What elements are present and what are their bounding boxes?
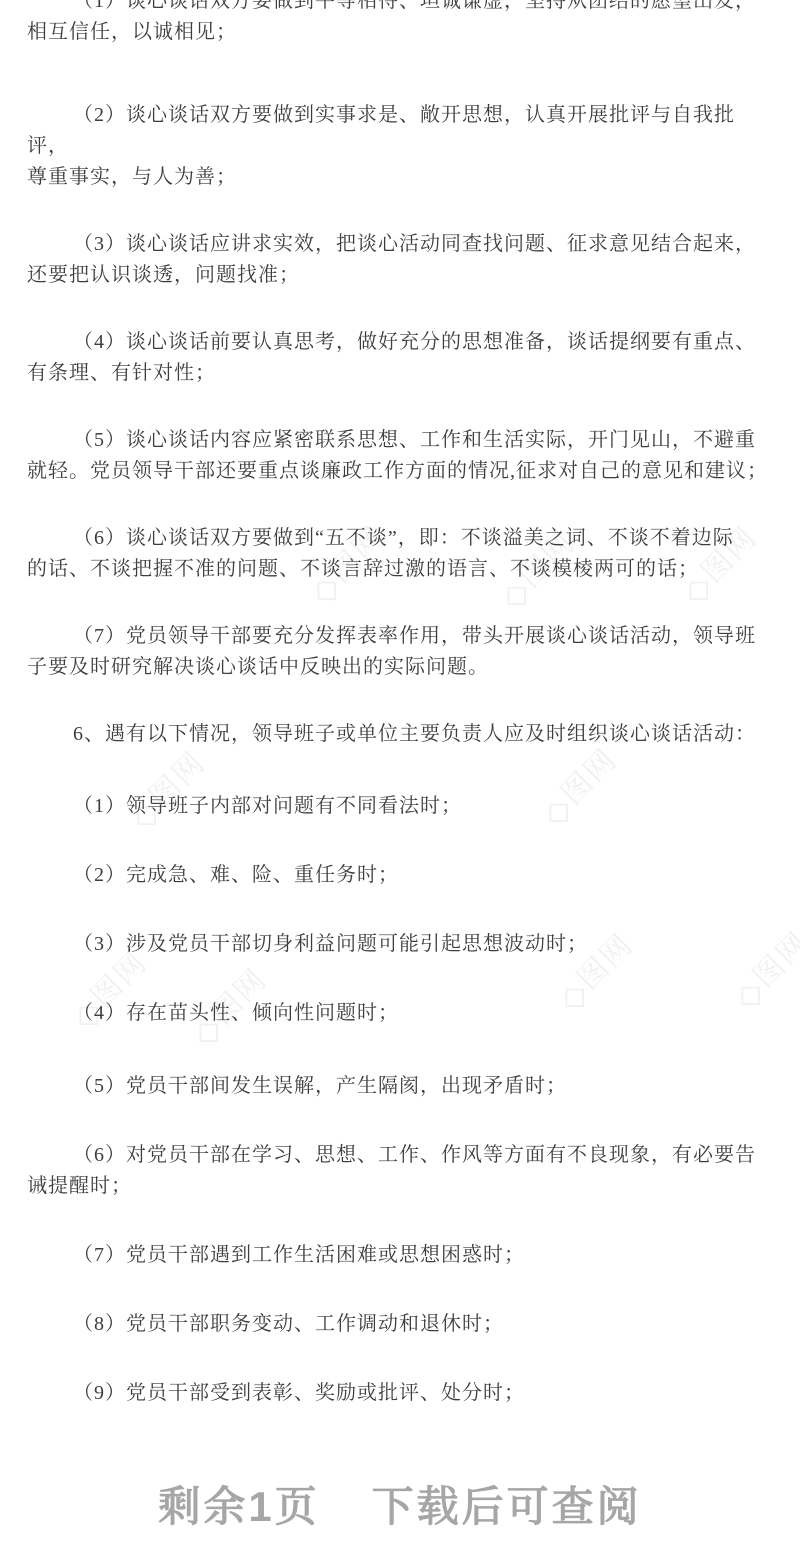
document-page: ◇图网 ◇图网 ◇图网 ◇图网 ◇图网 ◇图网 ◇图网 ◇图网 ◇图网 （1）谈… xyxy=(0,0,800,1560)
text-line: （2）谈心谈话双方要做到实事求是、敞开思想，认真开展批评与自我批评， xyxy=(27,100,773,162)
text-line: （8）党员干部职务变动、工作调动和退休时； xyxy=(27,1309,773,1340)
list-item: （4）存在苗头性、倾向性问题时； xyxy=(27,998,773,1029)
clause-paragraph: （7）党员领导干部要充分发挥表率作用，带头开展谈心谈话活动，领导班 子要及时研究… xyxy=(27,621,773,683)
text-line: （3）谈心谈话应讲求实效，把谈心活动同查找问题、征求意见结合起来， xyxy=(27,229,773,260)
text-line: 就轻。党员领导干部还要重点谈廉政工作方面的情况,征求对自己的意见和建议； xyxy=(27,456,773,487)
section-heading: 6、遇有以下情况，领导班子或单位主要负责人应及时组织谈心谈话活动： xyxy=(27,719,773,750)
clause-paragraph: （1）谈心谈话双方要做到平等相待、坦诚谦虚，坚持从团结的愿望出发， 相互信任，以… xyxy=(27,0,773,48)
download-to-view-label: 下载后可查阅 xyxy=(372,1483,642,1530)
text-line: 还要把认识谈透，问题找准； xyxy=(27,260,773,291)
text-line: 相互信任，以诚相见； xyxy=(27,17,773,48)
clause-paragraph: （3）谈心谈话应讲求实效，把谈心活动同查找问题、征求意见结合起来， 还要把认识谈… xyxy=(27,229,773,291)
text-line: （4）谈心谈话前要认真思考，做好充分的思想准备，谈话提纲要有重点、 xyxy=(27,327,773,358)
clause-paragraph: （2）谈心谈话双方要做到实事求是、敞开思想，认真开展批评与自我批评， 尊重事实，… xyxy=(27,100,773,193)
text-line: （9）党员干部受到表彰、奖励或批评、处分时； xyxy=(27,1378,773,1409)
text-line: （7）党员领导干部要充分发挥表率作用，带头开展谈心谈话活动，领导班 xyxy=(27,621,773,652)
text-line: （6）对党员干部在学习、思想、工作、作风等方面有不良现象，有必要告 xyxy=(27,1140,773,1171)
remaining-pages-label: 剩余1页 xyxy=(158,1483,319,1530)
list-item: （5）党员干部间发生误解，产生隔阂，出现矛盾时； xyxy=(27,1071,773,1102)
text-line: 诫提醒时； xyxy=(27,1171,773,1202)
text-line: 有条理、有针对性； xyxy=(27,358,773,389)
text-line: （1）领导班子内部对问题有不同看法时； xyxy=(27,791,773,822)
document-body: （1）谈心谈话双方要做到平等相待、坦诚谦虚，坚持从团结的愿望出发， 相互信任，以… xyxy=(0,0,800,1533)
text-line: 尊重事实，与人为善； xyxy=(27,162,773,193)
text-line: （7）党员干部遇到工作生活困难或思想困惑时； xyxy=(27,1240,773,1271)
text-line: （2）完成急、难、险、重任务时； xyxy=(27,860,773,891)
text-line: （3）涉及党员干部切身利益问题可能引起思想波动时； xyxy=(27,929,773,960)
text-line: （5）谈心谈话内容应紧密联系思想、工作和生活实际，开门见山，不避重 xyxy=(27,425,773,456)
text-line: 的话、不谈把握不准的问题、不谈言辞过激的语言、不谈模棱两可的话； xyxy=(27,554,773,585)
download-notice-banner[interactable]: 剩余1页下载后可查阅 xyxy=(27,1481,773,1533)
list-item: （9）党员干部受到表彰、奖励或批评、处分时； xyxy=(27,1378,773,1409)
clause-paragraph: （6）谈心谈话双方要做到“五不谈”，即：不谈溢美之词、不谈不着边际 的话、不谈把… xyxy=(27,523,773,585)
text-line: （5）党员干部间发生误解，产生隔阂，出现矛盾时； xyxy=(27,1071,773,1102)
text-line: （1）谈心谈话双方要做到平等相待、坦诚谦虚，坚持从团结的愿望出发， xyxy=(27,0,773,17)
list-item: （1）领导班子内部对问题有不同看法时； xyxy=(27,791,773,822)
text-line: （6）谈心谈话双方要做到“五不谈”，即：不谈溢美之词、不谈不着边际 xyxy=(27,523,773,554)
clause-paragraph: （5）谈心谈话内容应紧密联系思想、工作和生活实际，开门见山，不避重 就轻。党员领… xyxy=(27,425,773,487)
list-item: （8）党员干部职务变动、工作调动和退休时； xyxy=(27,1309,773,1340)
list-item: （7）党员干部遇到工作生活困难或思想困惑时； xyxy=(27,1240,773,1271)
list-item: （3）涉及党员干部切身利益问题可能引起思想波动时； xyxy=(27,929,773,960)
list-item: （6）对党员干部在学习、思想、工作、作风等方面有不良现象，有必要告 诫提醒时； xyxy=(27,1140,773,1202)
clause-paragraph: （4）谈心谈话前要认真思考，做好充分的思想准备，谈话提纲要有重点、 有条理、有针… xyxy=(27,327,773,389)
text-line: 子要及时研究解决谈心谈话中反映出的实际问题。 xyxy=(27,652,773,683)
list-item: （2）完成急、难、险、重任务时； xyxy=(27,860,773,891)
section6-list: （1）领导班子内部对问题有不同看法时； （2）完成急、难、险、重任务时； （3）… xyxy=(27,791,773,1409)
text-line: 6、遇有以下情况，领导班子或单位主要负责人应及时组织谈心谈话活动： xyxy=(27,719,773,750)
text-line: （4）存在苗头性、倾向性问题时； xyxy=(27,998,773,1029)
